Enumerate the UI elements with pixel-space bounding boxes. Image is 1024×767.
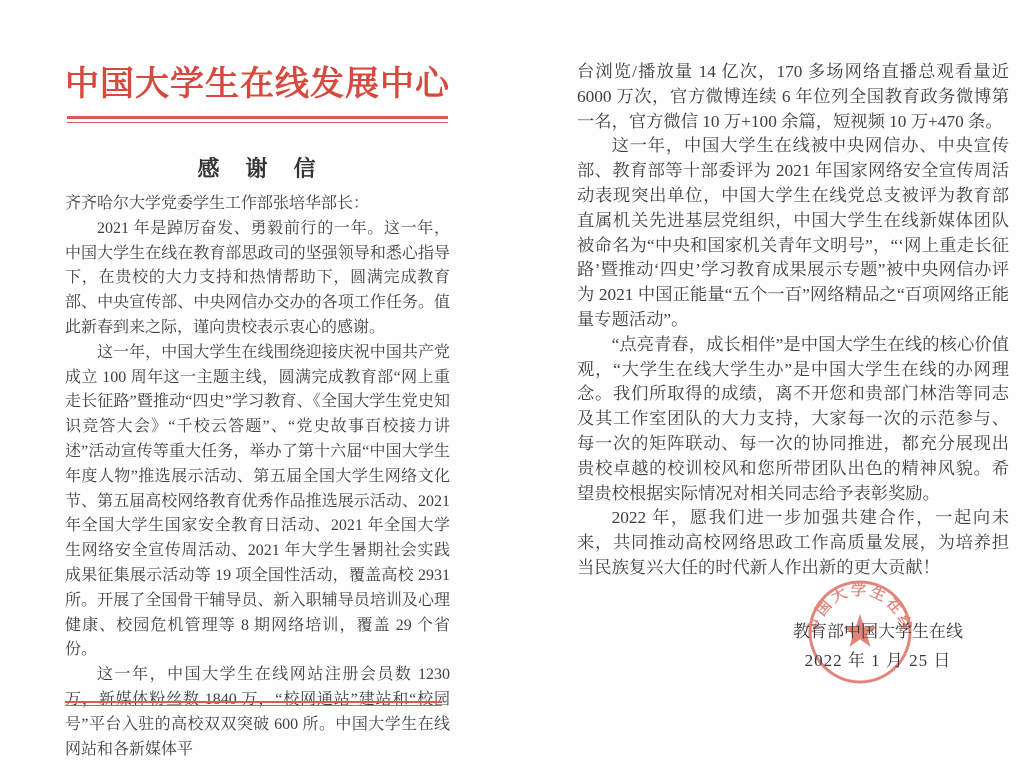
paragraph-values-thanks: “点亮青春，成长相伴”是中国大学生在线的核心价值观，“大学生在线大学生办”是中国… [577,333,1009,507]
letter-page-2: 台浏览/播放量 14 亿次，170 多场网络直播总观看量近 6000 万次，官方… [577,0,1009,767]
page1-footer-double-rule [65,701,442,706]
letterhead-org-name: 中国大学生在线发展中心 [65,56,450,105]
scanned-letter: 中国大学生在线发展中心 感 谢 信 齐齐哈尔大学党委学生工作部张培华部长： 20… [0,0,1024,767]
signature-org: 教育部中国大学生在线 [793,618,963,646]
paragraph-stats-continued: 台浏览/播放量 14 亿次，170 多场网络直播总观看量近 6000 万次，官方… [577,60,1009,134]
paragraph-intro: 2021 年是踔厉奋发、勇毅前行的一年。这一年，中国大学生在线在教育部思政司的坚… [65,217,450,341]
letter-page-1: 中国大学生在线发展中心 感 谢 信 齐齐哈尔大学党委学生工作部张培华部长： 20… [65,0,450,767]
page1-body: 齐齐哈尔大学党委学生工作部张培华部长： 2021 年是踔厉奋发、勇毅前行的一年。… [65,192,450,762]
paragraph-outlook: 2022 年，愿我们进一步加强共建合作，一起向未来，共同推动高校网络思政工作高质… [577,506,1009,580]
paragraph-stats-start: 这一年，中国大学生在线网站注册会员数 1230 万，新媒体粉丝数 1840 万，… [65,663,450,762]
paragraph-awards: 这一年，中国大学生在线被中央网信办、中央宣传部、教育部等十部委评为 2021 年… [577,134,1009,332]
paragraph-activities: 这一年，中国大学生在线围绕迎接庆祝中国共产党成立 100 周年这一主题主线，圆满… [65,341,450,663]
page2-body: 台浏览/播放量 14 亿次，170 多场网络直播总观看量近 6000 万次，官方… [577,60,1009,581]
salutation: 齐齐哈尔大学党委学生工作部张培华部长： [65,192,450,217]
letter-title: 感 谢 信 [65,152,450,183]
closing-block: 教育部中国大学生在线 2022 年 1 月 25 日 [793,618,963,676]
letterhead-double-rule [67,116,448,123]
signature-date: 2022 年 1 月 25 日 [793,646,963,676]
